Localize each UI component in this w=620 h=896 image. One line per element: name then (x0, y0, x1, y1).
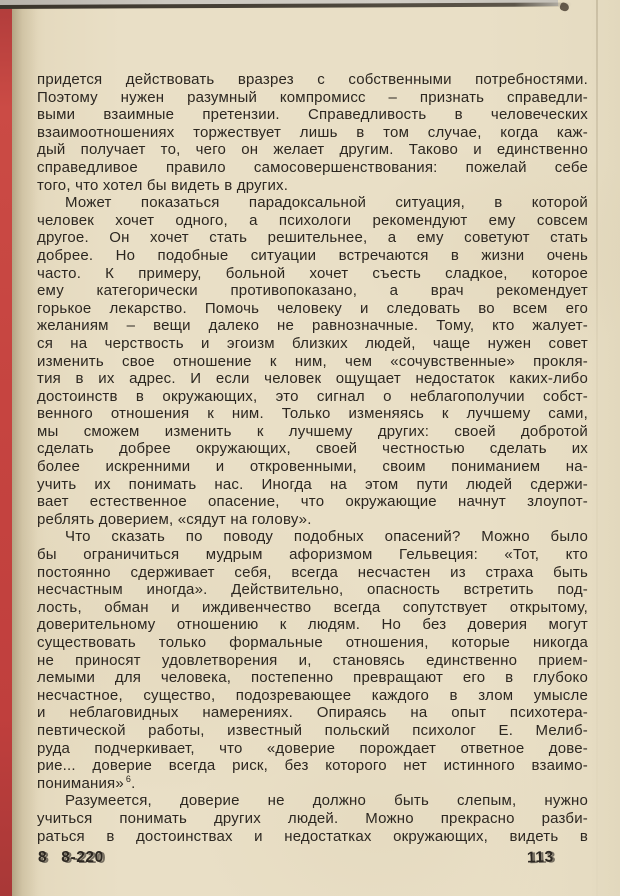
text-line: тия в их адрес. И если человек ощущает н… (37, 370, 588, 388)
text-line: того, что хотел бы видеть в других. (37, 177, 588, 195)
book-spine (0, 0, 12, 896)
text-line: справедливое правило самосовершенствован… (37, 159, 588, 177)
text-block: придется действовать вразрез с собственн… (37, 71, 588, 845)
text-line: понимания»6. (37, 775, 588, 793)
signature-number: 8 (38, 849, 47, 866)
text-line: горькое лекарство. Помочь человеку и сле… (37, 300, 588, 318)
text-line: Поэтому нужен разумный компромисс – приз… (37, 89, 588, 107)
order-number: 8-220 (61, 849, 104, 866)
text-line: мы сможем изменить к лучшему других: сво… (37, 423, 588, 441)
text-line: человек хочет одного, а психологи рекоме… (37, 212, 588, 230)
text-line: Может показаться парадоксальной ситуация… (37, 194, 588, 212)
text-line: учить их понимать нас. Иногда на этом пу… (37, 476, 588, 494)
text-line: Разумеется, доверие не должно быть слепы… (37, 792, 588, 810)
text-line: достоинств в окружающих, это сигнал о не… (37, 388, 588, 406)
text-line: желаниям – вещи далеко не равнозначные. … (37, 317, 588, 335)
text-line: несчастным иногда». Действительно, опасн… (37, 581, 588, 599)
text-line: другое. Он хочет стать решительнее, а ем… (37, 229, 588, 247)
text-line: придется действовать вразрез с собственн… (37, 71, 588, 89)
text-fragment: . (131, 775, 135, 792)
text-line: бы ограничиться мудрым афоризмом Гельвец… (37, 546, 588, 564)
text-line: ся на черствость и эгоизм близких людей,… (37, 335, 588, 353)
text-line: дый получает то, чего он желает другим. … (37, 141, 588, 159)
text-line: лость, обман и иждивенчество всегда сопу… (37, 599, 588, 617)
text-line: и неблаговидных намерениях. Опираясь на … (37, 704, 588, 722)
text-line: руда подчеркивает, что «доверие порождае… (37, 740, 588, 758)
text-line: изменить свое отношение к ним, чем «сочу… (37, 353, 588, 371)
gutter-shadow (12, 0, 38, 896)
text-line: часто. К примеру, больной хочет съесть с… (37, 265, 588, 283)
text-line: вает естественное опасение, что окружающ… (37, 493, 588, 511)
text-line: существовать только формальные отношения… (37, 634, 588, 652)
text-line: выми взаимные претензии. Справедливость … (37, 106, 588, 124)
page-number: 113 (527, 849, 554, 868)
text-line: добрее. Но подобные ситуации встречаются… (37, 247, 588, 265)
text-line: рие... доверие всегда риск, без которого… (37, 757, 588, 775)
text-line: взаимоотношениях торжествует лишь в том … (37, 124, 588, 142)
text-line: учиться понимать других людей. Можно пре… (37, 810, 588, 828)
text-line: несчастное, существо, подозревающее кажд… (37, 687, 588, 705)
text-fragment: понимания» (37, 775, 124, 792)
text-line: доверительному отношению к людям. Но без… (37, 616, 588, 634)
text-line: реблять доверием, «сядут на голову». (37, 511, 588, 529)
text-line: более искренними и откровенными, своим п… (37, 458, 588, 476)
text-line: певтической работы, известный польский п… (37, 722, 588, 740)
page-edge-line (596, 0, 598, 896)
text-line: Что сказать по поводу подобных опасений?… (37, 528, 588, 546)
page-footer: 88-220 113 (38, 849, 588, 867)
text-line: лемыми для человека, постепенно превраща… (37, 669, 588, 687)
text-line: ему категорически противопоказано, а вра… (37, 282, 588, 300)
text-line: венного отношения к ним. Только изменяяс… (37, 405, 588, 423)
text-line: раться в достоинствах и недостатках окру… (37, 828, 588, 846)
signature-mark: 88-220 (38, 849, 104, 867)
text-line: сделать добрее окружающих, своей честнос… (37, 440, 588, 458)
text-line: постоянно сдерживает себя, всегда несчас… (37, 564, 588, 582)
text-line: не приносят удовлетворения и, становясь … (37, 652, 588, 670)
